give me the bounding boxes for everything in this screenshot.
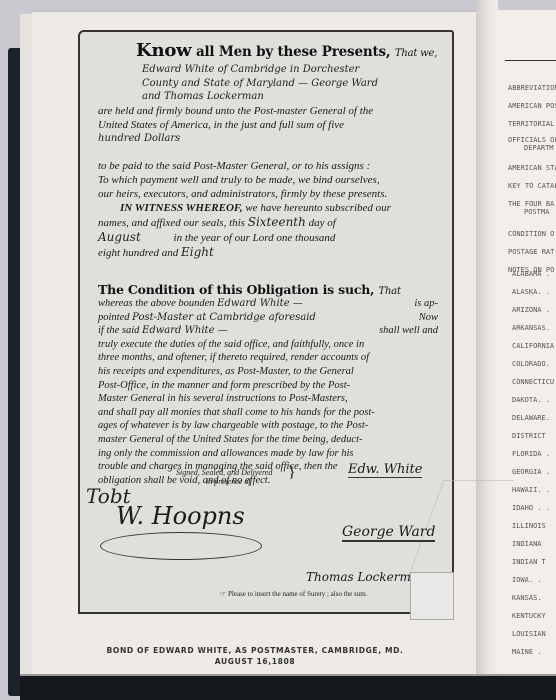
toc-item: OFFICIALS OFDEPARTM: [508, 136, 556, 152]
text-line: ing only the commission and allowances m…: [98, 447, 438, 461]
handwritten-name: Edward White —: [217, 298, 303, 309]
toc-item: CALIFORNIA: [512, 342, 554, 350]
book-bottom: [20, 676, 556, 700]
headline-text: all Men by these Presents,: [196, 44, 390, 60]
text-line: Now: [419, 311, 438, 325]
text-line: our heirs, executors, and administrators…: [98, 187, 438, 201]
month-handwritten: August: [98, 230, 141, 244]
toc-item: IDAHO . .: [512, 504, 550, 512]
toc-item: ALASKA. .: [512, 288, 550, 296]
headline-tail: That we,: [395, 48, 437, 59]
text-line: eight hundred and: [98, 247, 178, 259]
text-line: names, and affixed our seals, this: [98, 217, 245, 229]
handwritten-parties: Edward White of Cambridge in Dorchester …: [98, 63, 438, 104]
handwritten-office: Post-Master at Cambridge aforesaid: [132, 312, 316, 323]
toc-item: ALABAMA .: [512, 270, 550, 278]
text-line: Signed, Sealed, and Delivered: [176, 468, 272, 477]
seal-box: [410, 572, 454, 620]
text-line: United States of America, in the just an…: [98, 118, 438, 132]
year-handwritten: Eight: [181, 245, 214, 259]
document-headline: Know all Men by these Presents, That we,: [136, 40, 438, 61]
headline-first-word: Know: [136, 40, 191, 61]
toc-item: IOWA. .: [512, 576, 542, 584]
toc-item: COLORADO.: [512, 360, 550, 368]
condition-body: whereas the above bounden Edward White —…: [98, 297, 438, 487]
text-line: and shall pay all monies that shall come…: [98, 406, 438, 420]
text-line: To which payment well and truly to be ma…: [98, 173, 438, 187]
condition-tail: That: [378, 286, 400, 297]
signature-flourish: [100, 532, 262, 560]
text-line: shall well and: [379, 324, 438, 338]
signature-thomas-lockerman: Thomas Lockerman: [306, 570, 426, 584]
signature-george-ward: George Ward: [342, 524, 435, 542]
toc-item: DAKOTA. .: [512, 396, 550, 404]
handwritten-name: Edward White —: [142, 325, 228, 336]
toc-item: POSTAGE RAT: [508, 248, 554, 256]
toc-item: KANSAS.: [512, 594, 542, 602]
text-line: three months, and oftener, if thereto re…: [98, 351, 438, 365]
text-line: his receipts and expenditures, as Post-M…: [98, 365, 438, 379]
party-line: County and State of Maryland — George Wa…: [142, 77, 438, 91]
condition-heading-text: The Condition of this Obligation is such…: [98, 282, 374, 297]
toc-item: GEORGIA .: [512, 468, 550, 476]
text-line: Master General in his several instructio…: [98, 392, 438, 406]
book-gutter: [476, 0, 498, 700]
text-line: whereas the above bounden: [98, 298, 215, 309]
toc-item: KEY TO CATAL: [508, 182, 556, 190]
signature-edward-white: Edw. White: [348, 462, 422, 478]
text-line: day of: [309, 217, 336, 229]
toc-item: ARIZONA .: [512, 306, 550, 314]
party-line: and Thomas Lockerman: [142, 90, 438, 104]
toc-item: THE FOUR BAPOSTMA: [508, 200, 554, 216]
signed-sealed-block: Signed, Sealed, and Delivered in presenc…: [176, 468, 272, 486]
witness-lead: IN WITNESS WHEREOF,: [120, 202, 243, 214]
text-line: master General of the United States for …: [98, 433, 438, 447]
toc-item: DISTRICT: [512, 432, 546, 440]
toc-item: MAINE .: [512, 648, 542, 656]
toc-item: ARKANSAS.: [512, 324, 550, 332]
toc-item: ABBREVIATION: [508, 84, 556, 92]
toc-item: TERRITORIAL A: [508, 120, 556, 128]
toc-rule: [505, 60, 556, 61]
toc-item: INDIANA: [512, 540, 542, 548]
text-line: ages of whatever is by law chargeable wi…: [98, 419, 438, 433]
brace-icon: }: [288, 468, 296, 477]
toc-item: CONNECTICU: [512, 378, 554, 386]
text-line: to be paid to the said Post-Master Gener…: [98, 159, 438, 173]
toc-item: INDIAN T: [512, 558, 546, 566]
witness-clause: IN WITNESS WHEREOF, we have hereunto sub…: [98, 201, 438, 260]
condition-heading: The Condition of this Obligation is such…: [98, 282, 438, 297]
bound-clause: are held and firmly bound unto the Post-…: [98, 104, 438, 146]
caption-title: BOND OF EDWARD WHITE, AS POSTMASTER, CAM…: [32, 646, 478, 655]
toc-item: CONDITION O: [508, 230, 554, 238]
text-line: we have hereunto subscribed our: [245, 202, 391, 214]
toc-item: ILLINOIS: [512, 522, 546, 530]
text-line: in the year of our Lord one thousand: [144, 232, 336, 244]
text-line: in presence of: [176, 477, 272, 486]
toc-item: AMERICAN POS: [508, 102, 556, 110]
signature-witness: W. Hoopns: [116, 502, 245, 530]
caption-date: AUGUST 16,1808: [32, 657, 478, 666]
text-line: Post-Office, in the manner and form pres…: [98, 379, 438, 393]
day-handwritten: Sixteenth: [248, 215, 306, 229]
text-line: are held and firmly bound unto the Post-…: [98, 104, 438, 118]
toc-item: DELAWARE.: [512, 414, 550, 422]
party-line: Edward White of Cambridge in Dorchester: [142, 63, 438, 77]
text-line: if the said: [98, 325, 139, 336]
bond-document: Know all Men by these Presents, That we,…: [78, 30, 454, 614]
surety-footnote: ☞ Please to insert the name of Surety ; …: [220, 590, 367, 598]
toc-item: AMERICAN STA: [508, 164, 556, 172]
table-of-contents: ABBREVIATION AMERICAN POS TERRITORIAL A …: [508, 78, 556, 678]
toc-item: HAWAII. .: [512, 486, 550, 494]
text-line: is ap-: [414, 297, 438, 311]
amount-handwritten: hundred Dollars: [98, 132, 438, 146]
text-line: truly execute the duties of the said off…: [98, 338, 438, 352]
toc-item: LOUISIAN: [512, 630, 546, 638]
text-line: pointed: [98, 312, 130, 323]
payment-clause: to be paid to the said Post-Master Gener…: [98, 159, 438, 201]
toc-item: KENTUCKY: [512, 612, 546, 620]
toc-item: FLORIDA .: [512, 450, 550, 458]
